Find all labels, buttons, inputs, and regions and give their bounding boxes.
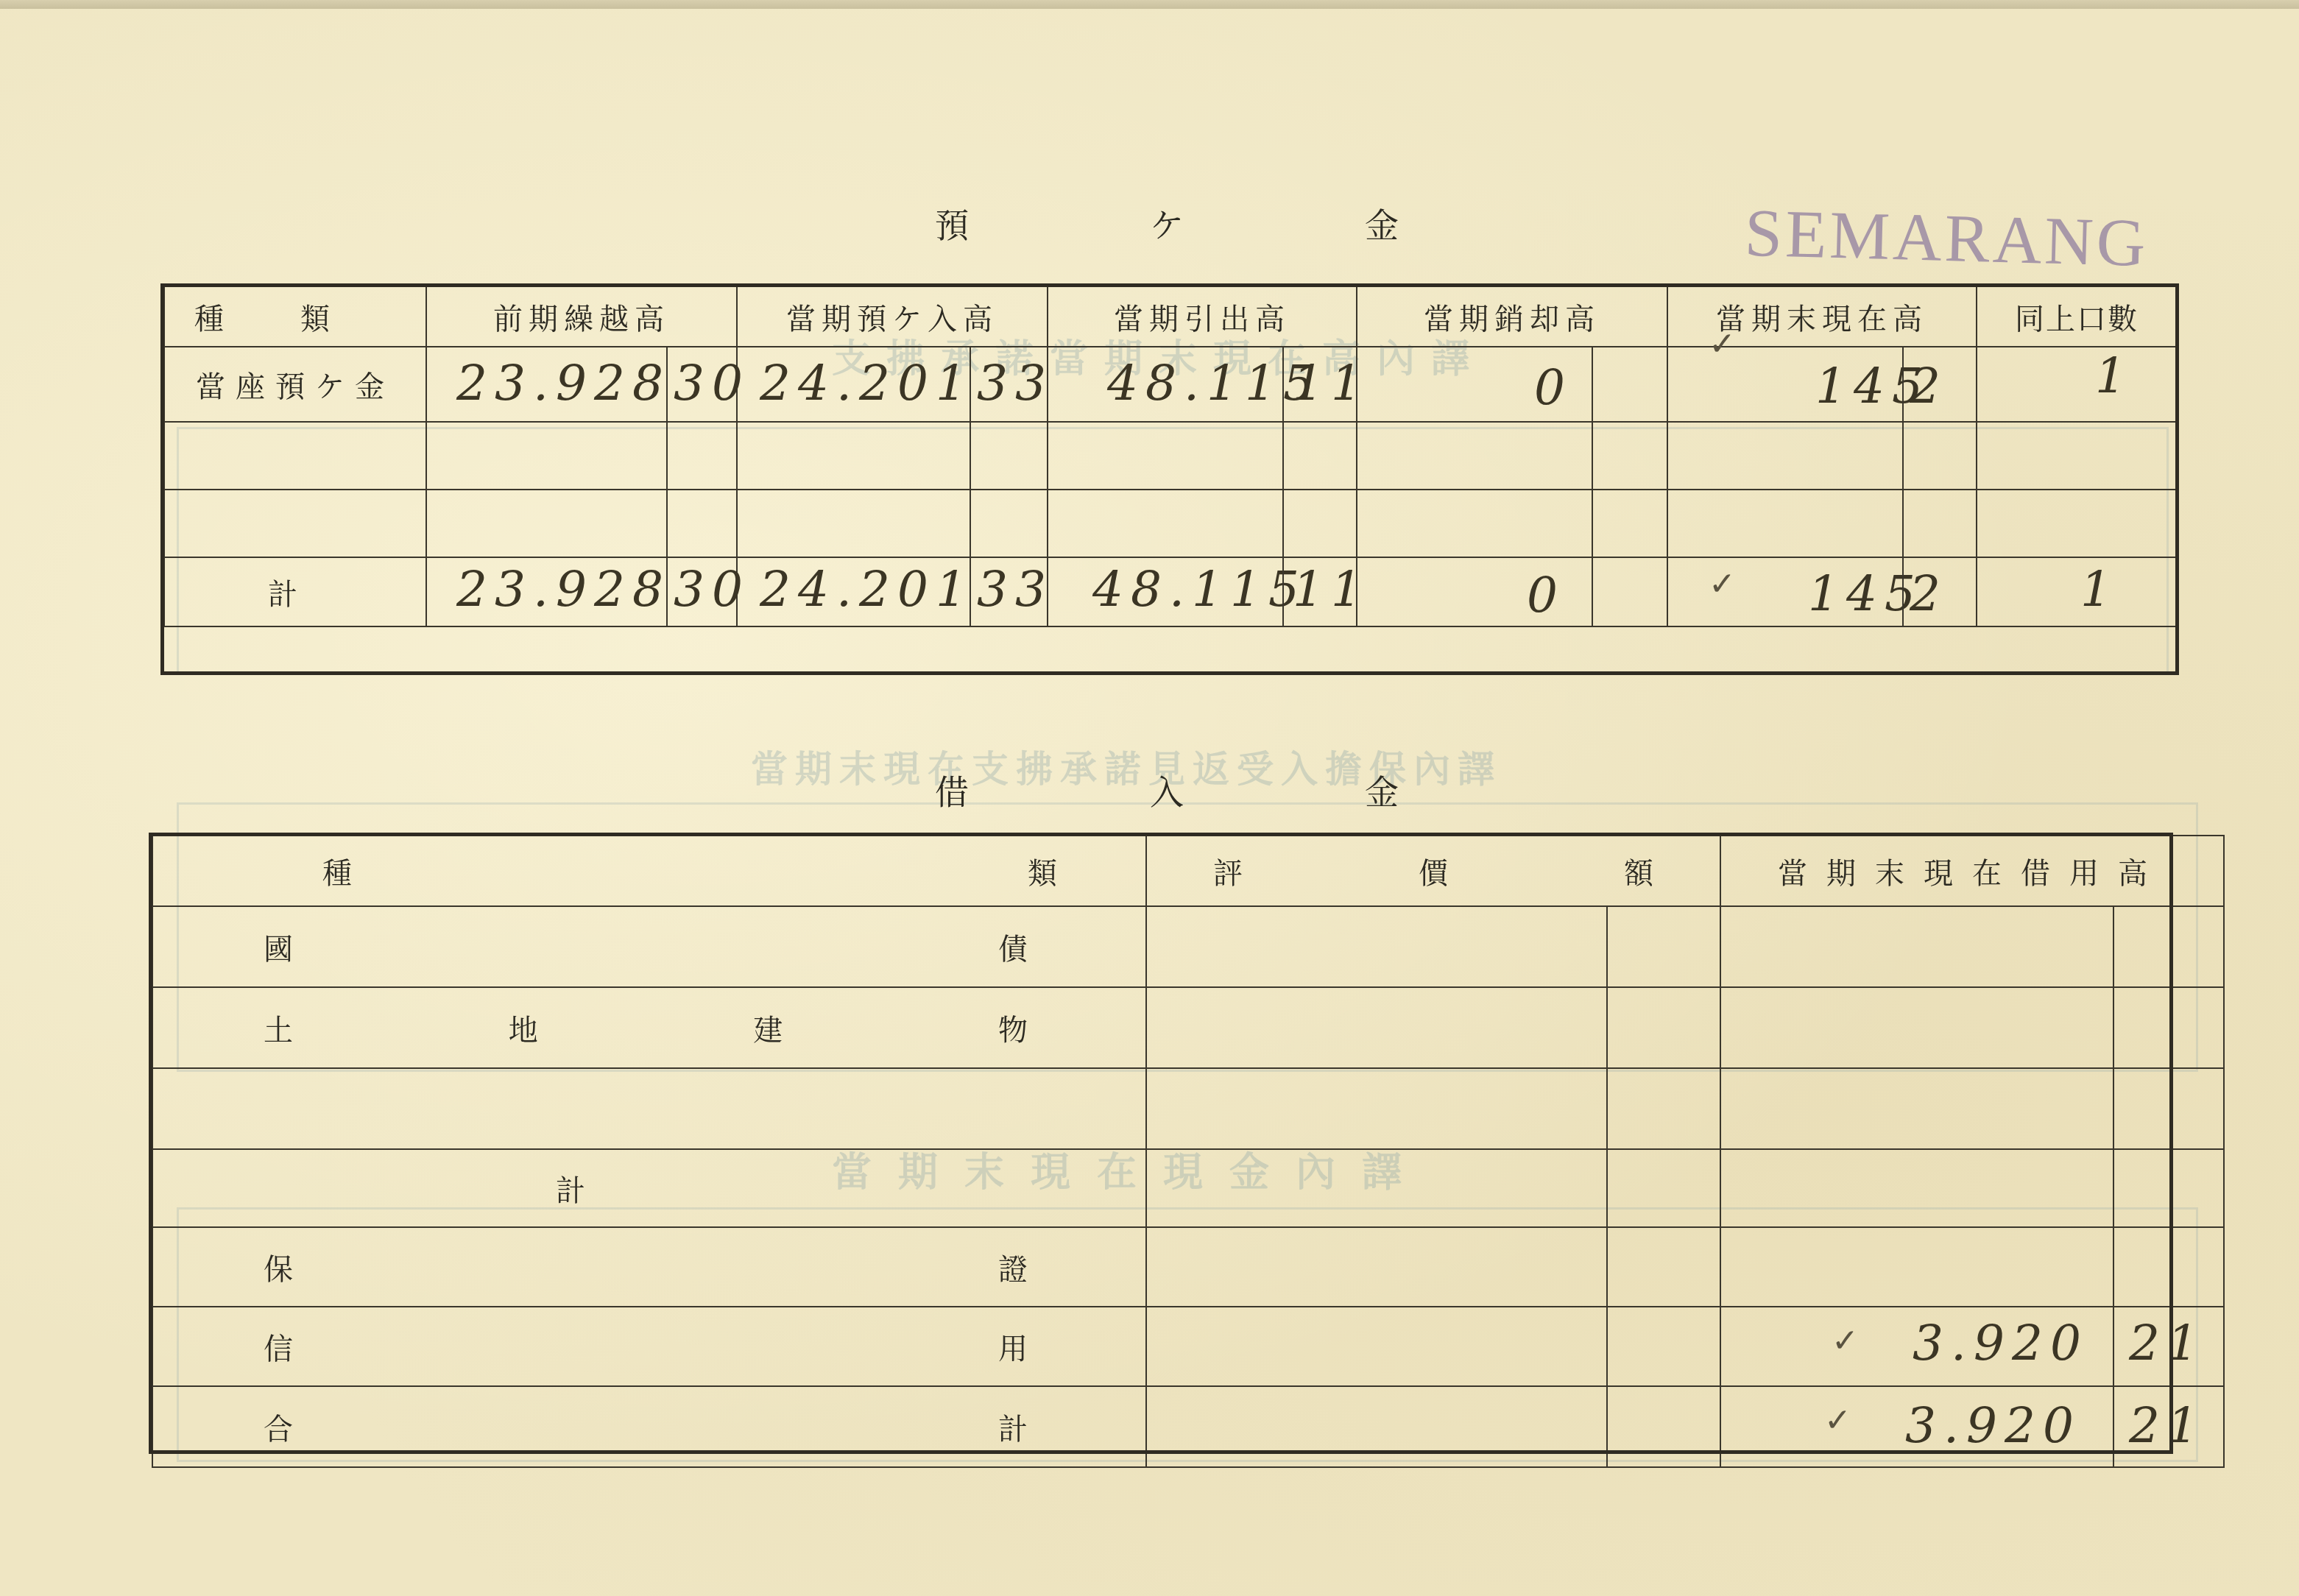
total-current-balance-sub: 2 [1910, 565, 1948, 622]
header-type-left: 種 [322, 850, 352, 892]
total-current-balance-main: 145 [1808, 565, 1923, 622]
guarantee-label: 保 證 [152, 1227, 1146, 1307]
deposit-blank-row-1 [164, 422, 2177, 490]
deposit-row-current-account: 當座預ケ金 23.928 30 24.201 33 48.115 11 0 ✓ … [164, 347, 2177, 422]
prev-balance-cell: 23.928 30 [426, 347, 737, 422]
written-off-cell: 0 [1357, 347, 1667, 422]
credit-row: 信 用 ✓ 3.920 21 [152, 1307, 2224, 1386]
prev-balance-main: 23.928 [456, 355, 671, 412]
deposits-header-row: 種 類 前期繰越高 當期預ケ入高 當期引出高 當期銷却高 當期末現在高 同上口數 [164, 286, 2177, 347]
paper-top-edge [0, 0, 2299, 9]
total-count-value: 1 [2080, 561, 2119, 618]
total-deposited-main: 24.201 [760, 561, 974, 618]
total-label: 計 [164, 557, 426, 626]
written-off-main: 0 [1534, 359, 1572, 416]
check-mark-icon: ✓ [1832, 1322, 1859, 1360]
deposit-blank-row-2 [164, 490, 2177, 557]
deposited-cell: 24.201 33 [737, 347, 1048, 422]
collateral-row-land-buildings: 土 地 建 物 [152, 987, 2224, 1068]
total-deposited-cell: 24.201 33 [737, 557, 1048, 626]
grand-total-amount-main: 3.920 [1905, 1397, 2081, 1454]
current-balance-cell: ✓ 145 2 [1667, 347, 1977, 422]
current-balance-sub: 2 [1910, 358, 1948, 414]
withdrawn-cell: 48.115 11 [1048, 347, 1357, 422]
credit-amount-cell: ✓ 3.920 [1720, 1307, 2113, 1386]
total-written-off-main: 0 [1527, 567, 1565, 624]
credit-amount-sub: 21 [2129, 1315, 2206, 1371]
total-written-off-cell: 0 [1357, 557, 1667, 626]
credit-amount-sub-cell: 21 [2113, 1307, 2224, 1386]
borrowings-header-row: 種 類 評 價 額 當期末現在借用高 [152, 836, 2224, 906]
gov-bond-left: 國 [264, 926, 293, 968]
borrowings-title-char-1: 借 [935, 766, 969, 814]
borrowings-title-char-3: 金 [1365, 766, 1399, 814]
deposited-main: 24.201 [760, 355, 974, 412]
gov-bond-right: 債 [998, 926, 1028, 968]
grand-total-amount-sub-cell: 21 [2113, 1386, 2224, 1467]
grand-total-label: 合 計 [152, 1386, 1146, 1467]
header-count: 同上口數 [1977, 286, 2177, 347]
deposit-total-row: 計 23.928 30 24.201 33 48.115 11 0 ✓ 145 … [164, 557, 2177, 626]
borrowings-title: 借 入 金 [935, 766, 1399, 814]
credit-label: 信 用 [152, 1307, 1146, 1386]
total-prev-balance-cell: 23.928 30 [426, 557, 737, 626]
borrowings-blank-row [152, 1068, 2224, 1149]
header-written-off: 當期銷却高 [1357, 286, 1667, 347]
total-prev-balance-main: 23.928 [456, 561, 671, 618]
total-current-balance-cell: ✓ 145 2 [1667, 557, 1977, 626]
total-deposited-sub: 33 [977, 561, 1053, 618]
total-withdrawn-main: 48.115 [1092, 561, 1307, 618]
subtotal-label: 計 [152, 1149, 1146, 1227]
deposits-title: 預 ケ 金 [935, 199, 1399, 247]
credit-amount-main: 3.920 [1913, 1315, 2088, 1371]
borrowings-title-char-2: 入 [1150, 766, 1184, 814]
total-count-cell: 1 [1977, 557, 2177, 626]
check-mark-icon: ✓ [1709, 565, 1736, 603]
check-mark-icon: ✓ [1709, 325, 1736, 363]
guarantee-row: 保 證 [152, 1227, 2224, 1307]
check-mark-icon: ✓ [1824, 1402, 1851, 1439]
land-buildings-label: 土 地 建 物 [152, 987, 1146, 1068]
header-valuation: 評 價 額 [1146, 836, 1720, 906]
header-type: 種 類 [164, 286, 426, 347]
header-withdrawn: 當期引出高 [1048, 286, 1357, 347]
borrowings-table: 種 類 評 價 額 當期末現在借用高 國 債 土 地 建 [152, 835, 2225, 1468]
count-cell: 1 [1977, 347, 2177, 422]
collateral-row-government-bonds: 國 債 [152, 906, 2224, 987]
header-type: 種 類 [152, 836, 1146, 906]
deposits-title-char-1: 預 [935, 199, 969, 247]
gov-bond-label: 國 債 [152, 906, 1146, 987]
header-type-right: 類 [1028, 850, 1057, 892]
header-current-borrowed: 當期末現在借用高 [1720, 836, 2224, 906]
deposits-table: 種 類 前期繰越高 當期預ケ入高 當期引出高 當期銷却高 當期末現在高 同上口數… [163, 286, 2178, 627]
withdrawn-main: 48.115 [1107, 355, 1321, 412]
count-value: 1 [2095, 347, 2133, 404]
deposits-title-char-3: 金 [1365, 199, 1399, 247]
semarang-stamp: SEMARANG [1744, 194, 2150, 282]
borrowings-subtotal-row: 計 [152, 1149, 2224, 1227]
header-deposited: 當期預ケ入高 [737, 286, 1048, 347]
grand-total-amount-sub: 21 [2129, 1397, 2206, 1454]
grand-total-amount-cell: ✓ 3.920 [1720, 1386, 2113, 1467]
row-label: 當座預ケ金 [164, 347, 426, 422]
total-withdrawn-cell: 48.115 11 [1048, 557, 1357, 626]
deposited-sub: 33 [977, 355, 1053, 412]
header-prev-balance: 前期繰越高 [426, 286, 737, 347]
grand-total-row: 合 計 ✓ 3.920 21 [152, 1386, 2224, 1467]
deposits-title-char-2: ケ [1150, 199, 1184, 247]
